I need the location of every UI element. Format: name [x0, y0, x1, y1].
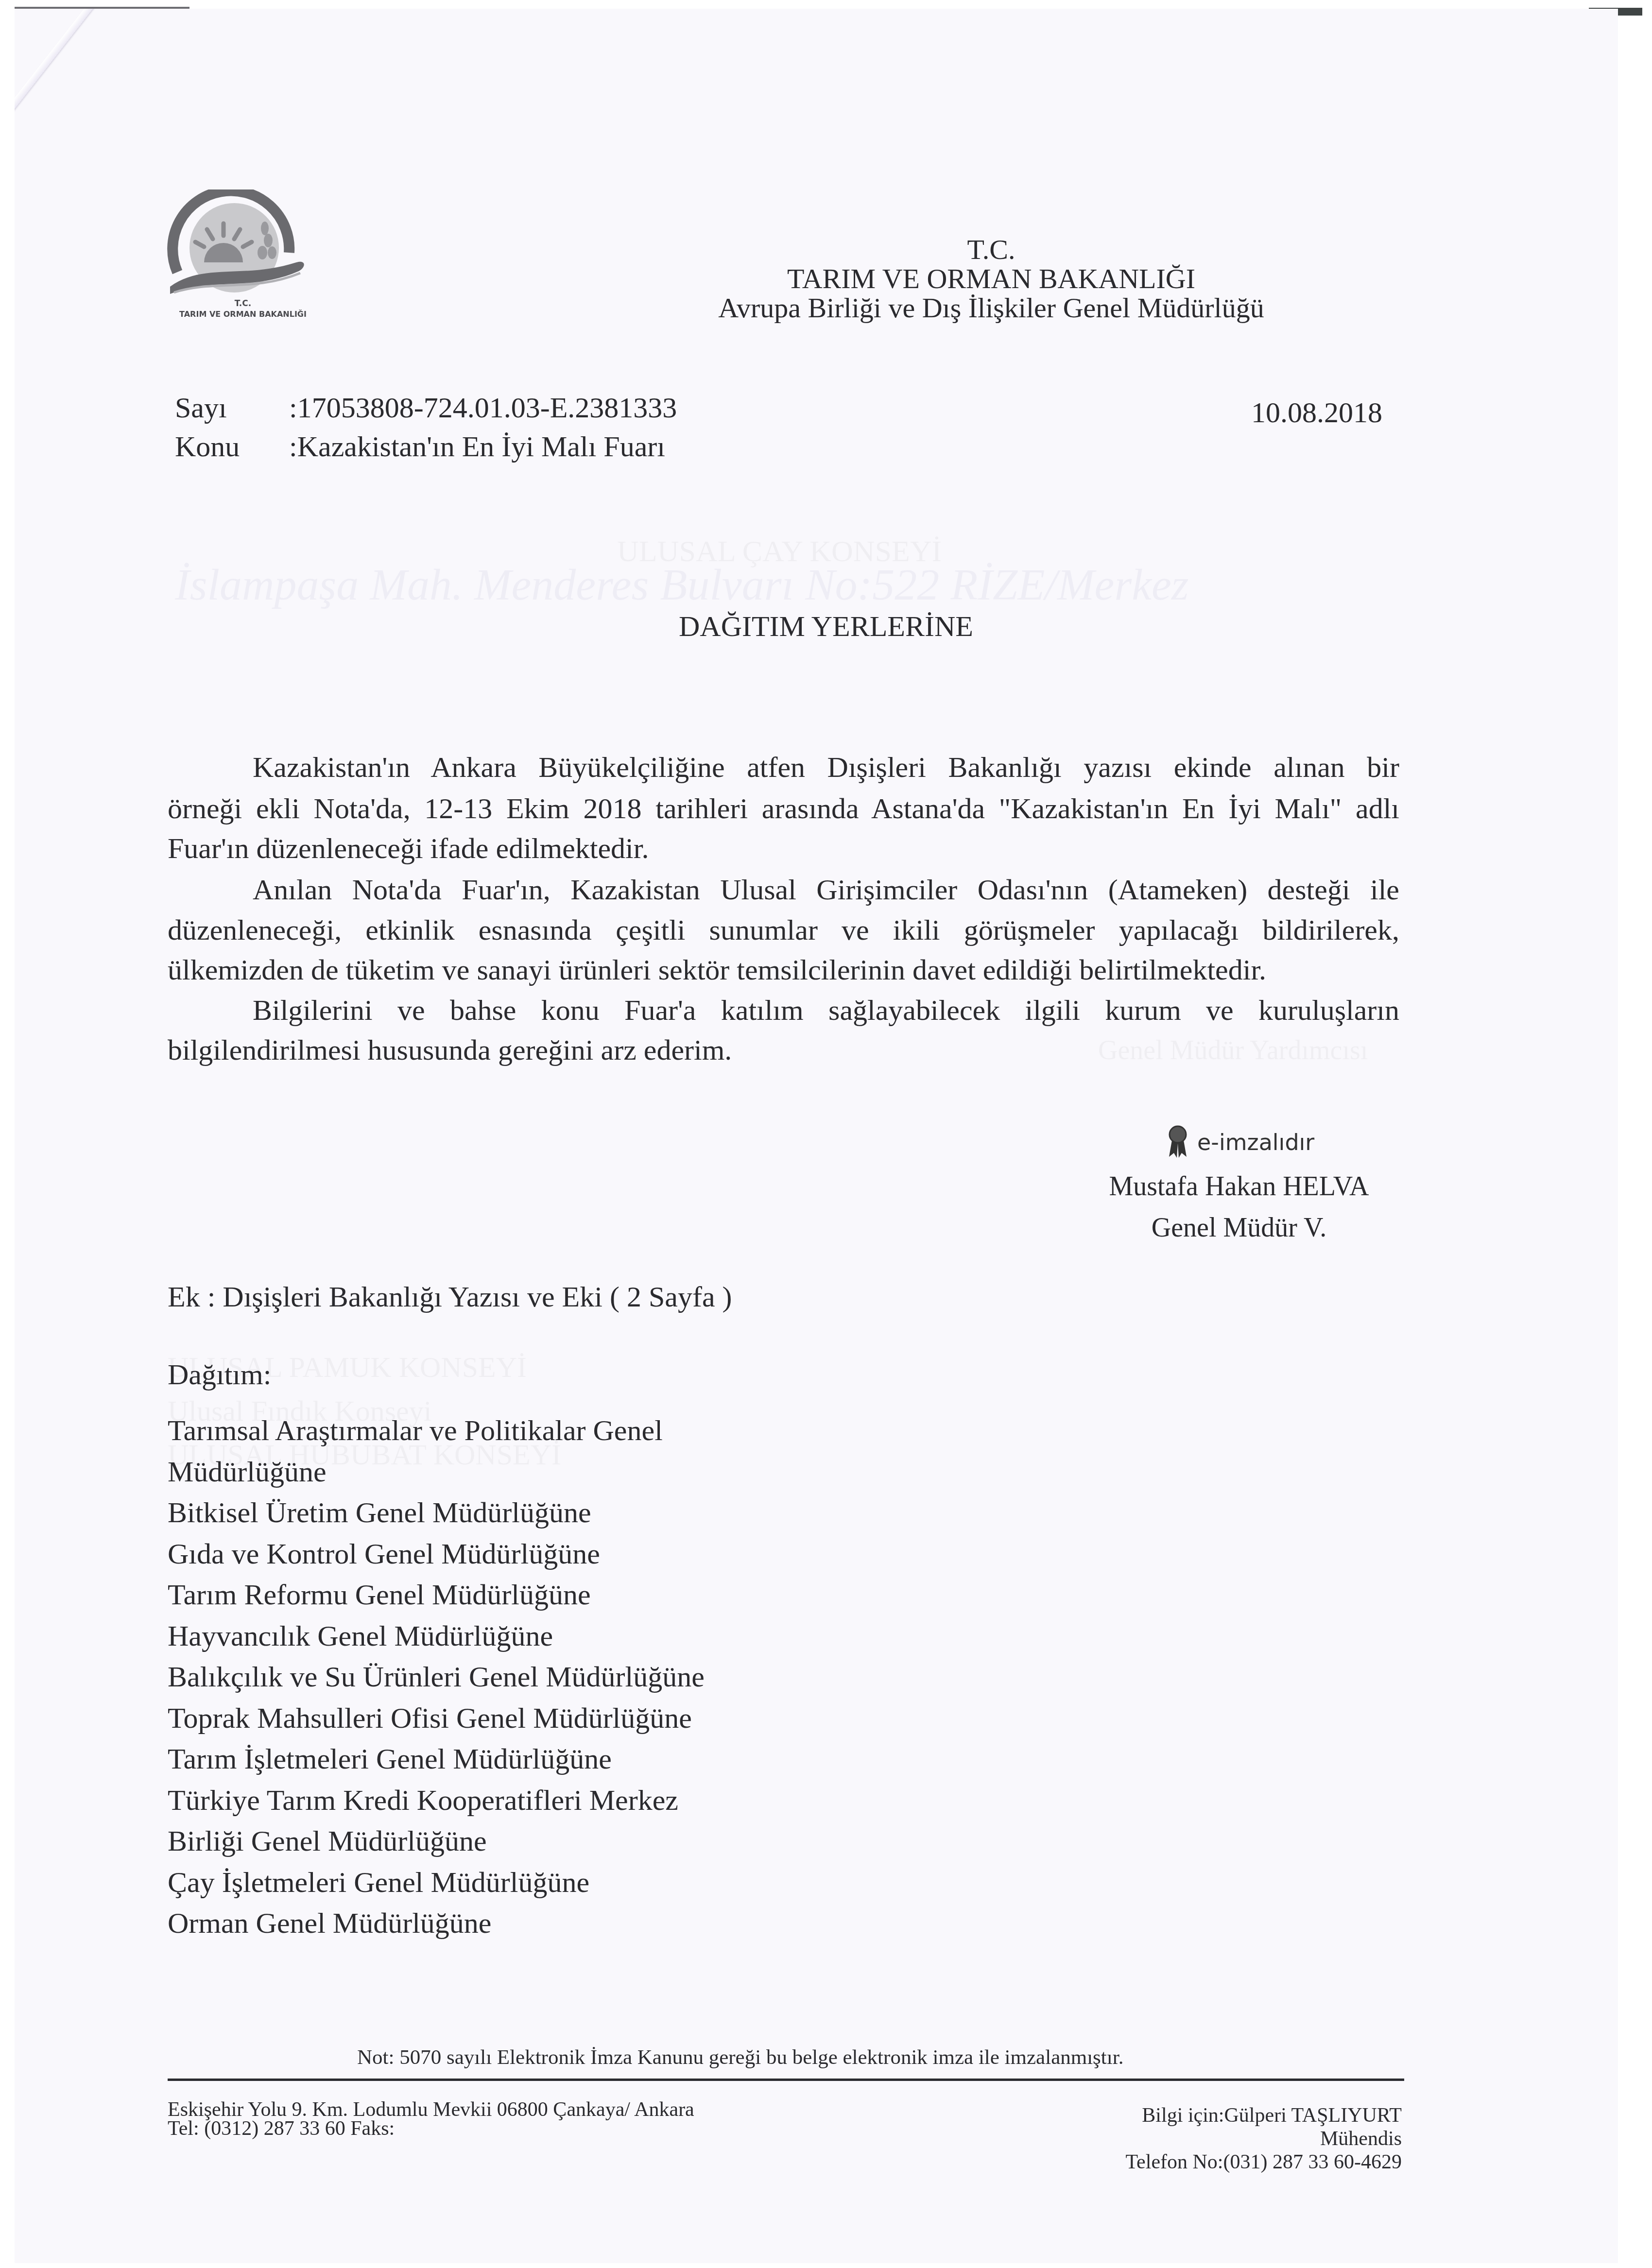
distribution-label: Dağıtım: [168, 1358, 271, 1392]
paragraph-2-line-1: Anılan Nota'da Fuar'ın, Kazakistan Ulusa… [253, 873, 1399, 907]
document-date: 10.08.2018 [1251, 396, 1382, 430]
distribution-item: Çay İşletmeleri Genel Müdürlüğüne [168, 1866, 589, 1899]
bleed-through-signoff: Genel Müdür Yardımcısı [1098, 1035, 1368, 1066]
letterhead-department: Avrupa Birliği ve Dış İlişkiler Genel Mü… [165, 292, 1652, 324]
distribution-item: Tarım İşletmeleri Genel Müdürlüğüne [168, 1742, 612, 1776]
contact-name: Bilgi için:Gülperi TAŞLIYURT [1142, 2104, 1402, 2127]
distribution-item: Türkiye Tarım Kredi Kooperatifleri Merke… [168, 1784, 678, 1817]
attachment-line: Ek : Dışişleri Bakanlığı Yazısı ve Eki (… [168, 1280, 732, 1314]
paragraph-3-line-1: Bilgilerini ve bahse konu Fuar'a katılım… [253, 994, 1399, 1027]
paragraph-1-line-3: Fuar'ın düzenleneceği ifade edilmektedir… [168, 832, 649, 865]
bleed-through-handwriting: İslampaşa Mah. Menderes Bulvarı No:522 R… [175, 559, 1189, 610]
signatory-title: Genel Müdür V. [1069, 1212, 1409, 1243]
konu-label: Konu [175, 430, 240, 464]
signatory-name: Mustafa Hakan HELVA [1069, 1171, 1409, 1202]
contact-phone: Telefon No:(031) 287 33 60-4629 [1125, 2150, 1402, 2174]
konu-value: :Kazakistan'ın En İyi Malı Fuarı [289, 430, 665, 464]
sayi-value: :17053808-724.01.03-E.2381333 [289, 391, 677, 425]
paragraph-1-line-2: örneği ekli Nota'da, 12-13 Ekim 2018 tar… [168, 792, 1399, 825]
addressee: DAĞITIM YERLERİNE [0, 610, 1652, 643]
distribution-item: Tarımsal Araştırmalar ve Politikalar Gen… [168, 1414, 663, 1447]
e-signature-badge: e-imzalıdır [1166, 1125, 1314, 1159]
paragraph-1-line-1: Kazakistan'ın Ankara Büyükelçiliğine atf… [253, 751, 1399, 784]
distribution-item: Tarım Reformu Genel Müdürlüğüne [168, 1578, 591, 1612]
contact-title: Mühendis [1320, 2127, 1402, 2150]
footer-divider [168, 2079, 1404, 2081]
distribution-item: Müdürlüğüne [168, 1455, 327, 1489]
distribution-item: Toprak Mahsulleri Ofisi Genel Müdürlüğün… [168, 1701, 692, 1735]
e-signed-text: e-imzalıdır [1197, 1129, 1314, 1155]
e-signature-law-note: Not: 5070 sayılı Elektronik İmza Kanunu … [357, 2045, 1123, 2069]
distribution-item: Bitkisel Üretim Genel Müdürlüğüne [168, 1496, 591, 1529]
distribution-item: Orman Genel Müdürlüğüne [168, 1907, 492, 1940]
letterhead-ministry: TARIM VE ORMAN BAKANLIĞI [165, 262, 1652, 295]
distribution-item: Balıkçılık ve Su Ürünleri Genel Müdürlüğ… [168, 1660, 705, 1694]
footer-phone: Tel: (0312) 287 33 60 Faks: [168, 2117, 395, 2140]
paragraph-2-line-3: ülkemizden de tüketim ve sanayi ürünleri… [168, 953, 1266, 987]
sayi-label: Sayı [175, 391, 227, 425]
paragraph-2-line-2: düzenleneceği, etkinlik esnasında çeşitl… [168, 913, 1399, 947]
rosette-icon [1166, 1125, 1189, 1160]
paragraph-3-line-2: bilgilendirilmesi hususunda gereğini arz… [168, 1033, 732, 1067]
letterhead-tc: T.C. [165, 233, 1652, 266]
distribution-item: Gıda ve Kontrol Genel Müdürlüğüne [168, 1537, 600, 1571]
distribution-item: Birliği Genel Müdürlüğüne [168, 1824, 487, 1858]
distribution-item: Hayvancılık Genel Müdürlüğüne [168, 1619, 553, 1653]
